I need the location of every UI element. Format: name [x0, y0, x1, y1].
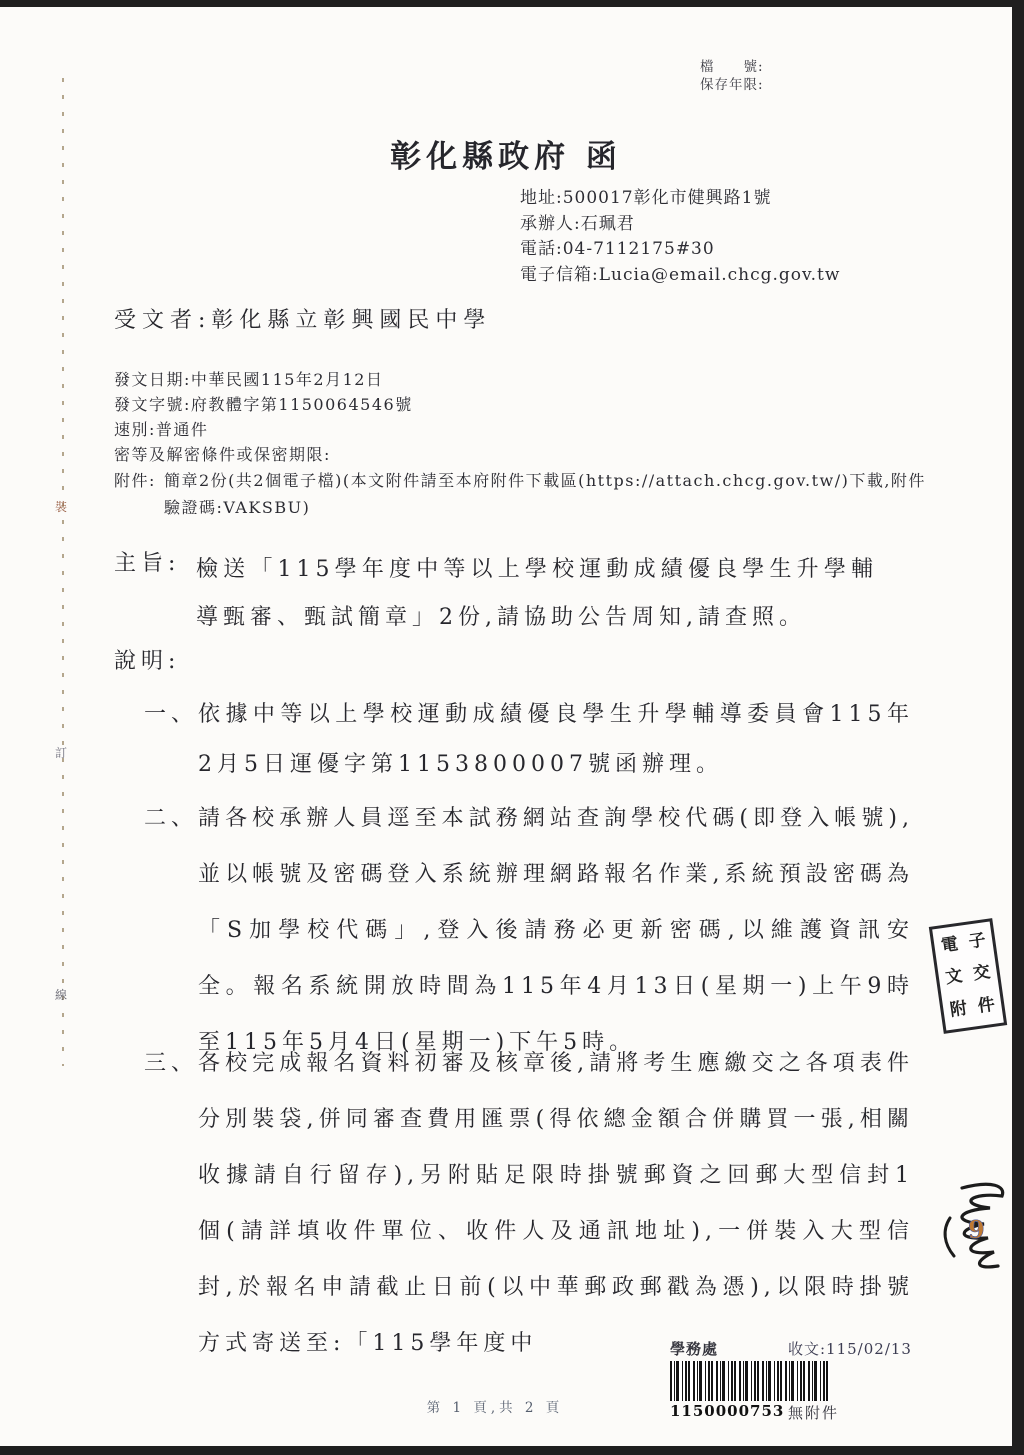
recipient-line: 受文者:彰化縣立彰興國民中學	[114, 303, 491, 334]
stamp-char: 件	[977, 997, 996, 1016]
receiving-office: 學務處	[670, 1338, 788, 1359]
stamp-char: 文	[945, 968, 964, 987]
attachment-label: 附件:	[114, 467, 164, 521]
item-number: 一、	[144, 690, 198, 790]
classification: 密等及解密條件或保密期限:	[114, 442, 413, 467]
stamp-column-right: 子 交 件	[967, 924, 997, 1023]
sender-info-block: 地址:500017彰化市健興路1號 承辦人:石珮君 電話:04-7112175#…	[520, 186, 840, 288]
file-number-block: 檔 號: 保存年限:	[700, 58, 764, 94]
stamp-char: 電	[940, 936, 959, 955]
attachment-line: 附件: 簡章2份(共2個電子檔)(本文附件請至本府附件下載區(https://a…	[114, 467, 934, 521]
description-heading: 說明:	[114, 644, 180, 675]
sender-address: 地址:500017彰化市健興路1號	[520, 186, 840, 212]
description-item-1: 一、 依據中等以上學校運動成績優良學生升學輔導委員會115年2月5日運優字第11…	[144, 690, 914, 790]
electronic-exchange-stamp: 電 文 附 子 交 件	[929, 918, 1007, 1034]
binding-mark-ding: 訂	[55, 744, 67, 761]
document-meta-block: 發文日期:中華民國115年2月12日 發文字號:府教體字第1150064546號…	[114, 367, 413, 467]
receipt-barcode	[670, 1361, 830, 1401]
sender-phone: 電話:04-7112175#30	[520, 237, 840, 263]
item-text: 請各校承辦人員逕至本試務網站查詢學校代碼(即登入帳號),並以帳號及密碼登入系統辦…	[198, 791, 914, 1071]
description-item-3: 三、 各校完成報名資料初審及核章後,請將考生應繳交之各項表件分別裝袋,併同審查費…	[144, 1036, 914, 1372]
issue-date: 發文日期:中華民國115年2月12日	[114, 367, 413, 392]
sender-contact-person: 承辦人:石珮君	[520, 212, 840, 238]
received-date: 收文:115/02/13	[788, 1338, 912, 1359]
binding-mark-zhuang: 裝	[55, 498, 67, 515]
item-text: 各校完成報名資料初審及核章後,請將考生應繳交之各項表件分別裝袋,併同審查費用匯票…	[198, 1036, 914, 1372]
retention-period-label: 保存年限:	[700, 76, 764, 94]
scan-edge-top	[0, 0, 1024, 7]
scan-edge-bottom	[0, 1446, 1024, 1455]
item-number: 三、	[144, 1036, 198, 1372]
stamp-char: 附	[949, 1001, 968, 1020]
binding-mark-xian: 線	[55, 986, 67, 1003]
document-title: 彰化縣政府 函	[0, 131, 1012, 176]
subject-label: 主旨:	[114, 546, 196, 642]
subject-text: 檢送「115學年度中等以上學校運動成績優良學生升學輔導甄審、甄試簡章」2份,請協…	[196, 546, 878, 642]
official-letter-page: 檔 號: 保存年限: 彰化縣政府 函 地址:500017彰化市健興路1號 承辦人…	[0, 0, 1024, 1455]
page-number-footer: 第 1 頁,共 2 頁	[0, 1396, 990, 1416]
subject-line: 主旨: 檢送「115學年度中等以上學校運動成績優良學生升學輔導甄審、甄試簡章」2…	[114, 546, 878, 642]
description-item-2: 二、 請各校承辦人員逕至本試務網站查詢學校代碼(即登入帳號),並以帳號及密碼登入…	[144, 791, 914, 1071]
priority: 速別:普通件	[114, 417, 413, 442]
item-number: 二、	[144, 791, 198, 1071]
handwritten-check-mark: 9	[932, 1178, 1018, 1280]
stamp-char: 子	[968, 932, 987, 951]
receipt-header-row: 學務處 收文:115/02/13	[670, 1338, 930, 1359]
scan-edge-right	[1012, 0, 1024, 1455]
file-number-label: 檔 號:	[700, 58, 764, 76]
issue-number: 發文字號:府教體字第1150064546號	[114, 392, 413, 417]
stamp-char: 交	[972, 964, 991, 983]
svg-text:9: 9	[968, 1215, 985, 1244]
attachment-text: 簡章2份(共2個電子檔)(本文附件請至本府附件下載區(https://attac…	[164, 467, 934, 521]
stamp-column-left: 電 文 附	[939, 928, 969, 1027]
sender-email: 電子信箱:Lucia@email.chcg.gov.tw	[520, 263, 840, 289]
item-text: 依據中等以上學校運動成績優良學生升學輔導委員會115年2月5日運優字第11538…	[198, 690, 914, 790]
binding-dotted-line	[62, 78, 64, 1066]
